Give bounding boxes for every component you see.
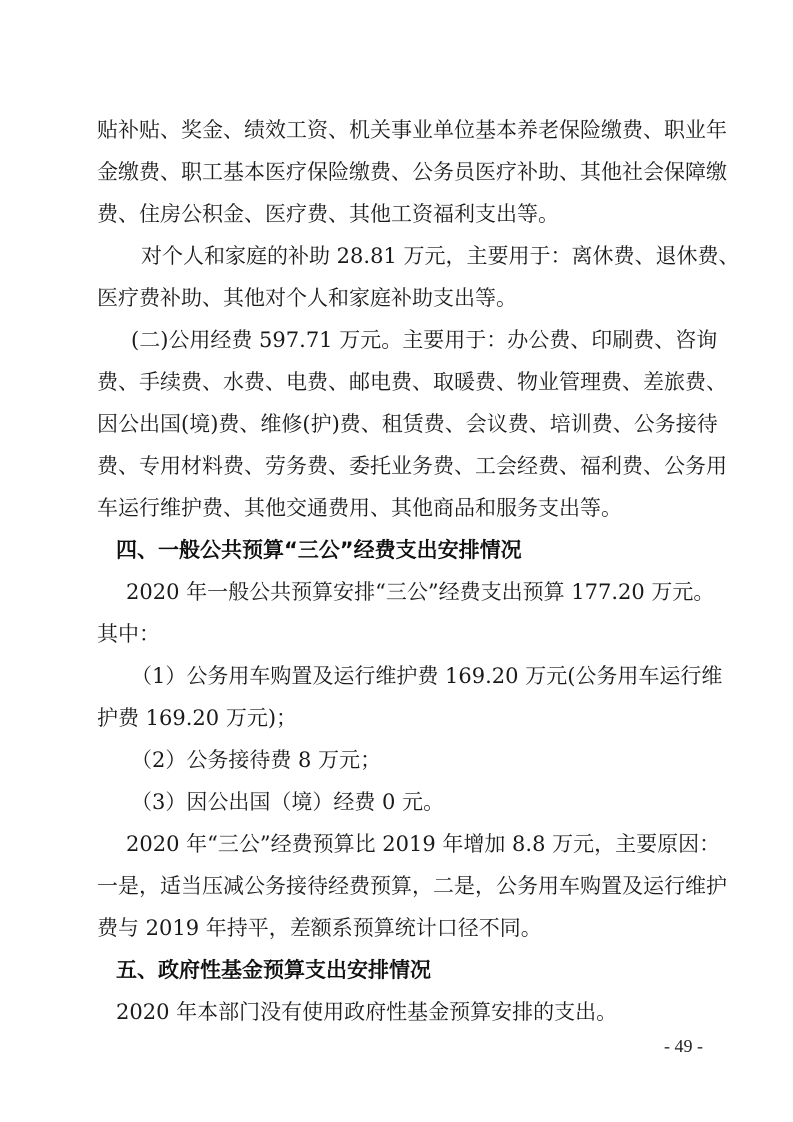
item-2: （2）公务接待费 8 万元； [131, 745, 707, 775]
section-heading-4: 四、一般公共预算“三公”经费支出安排情况 [116, 535, 522, 565]
paragraph-1-line-3: 费、住房公积金、医疗费、其他工资福利支出等。 [97, 199, 707, 229]
paragraph-5-line-3: 费与 2019 年持平，差额系预算统计口径不同。 [97, 913, 707, 943]
paragraph-1-line-2: 金缴费、职工基本医疗保险缴费、公务员医疗补助、其他社会保障缴 [97, 157, 707, 187]
paragraph-3-line-4: 费、专用材料费、劳务费、委托业务费、工会经费、福利费、公务用 [97, 451, 707, 481]
paragraph-3-line-5: 车运行维护费、其他交通费用、其他商品和服务支出等。 [97, 493, 707, 523]
section-heading-5: 五、政府性基金预算支出安排情况 [116, 955, 431, 985]
paragraph-4-line-2: 其中： [97, 619, 707, 649]
paragraph-6-line-1: 2020 年本部门没有使用政府性基金预算安排的支出。 [116, 997, 707, 1027]
page-number: - 49 - [664, 1034, 703, 1058]
paragraph-3-line-3: 因公出国(境)费、维修(护)费、租赁费、会议费、培训费、公务接待 [97, 409, 707, 439]
paragraph-5-line-1: 2020 年“三公”经费预算比 2019 年增加 8.8 万元，主要原因： [126, 829, 707, 859]
paragraph-5-line-2: 一是，适当压减公务接待经费预算，二是，公务用车购置及运行维护 [97, 871, 707, 901]
paragraph-2-line-2: 医疗费补助、其他对个人和家庭补助支出等。 [97, 283, 707, 313]
document-page: 贴补贴、奖金、绩效工资、机关事业单位基本养老保险缴费、职业年 金缴费、职工基本医… [0, 0, 793, 1122]
paragraph-2-line-1: 对个人和家庭的补助 28.81 万元，主要用于：离休费、退休费、 [141, 241, 707, 271]
item-1-line-1: （1）公务用车购置及运行维护费 169.20 万元(公务用车运行维 [131, 661, 707, 691]
item-3: （3）因公出国（境）经费 0 元。 [131, 787, 707, 817]
paragraph-3-line-2: 费、手续费、水费、电费、邮电费、取暖费、物业管理费、差旅费、 [97, 367, 707, 397]
paragraph-4-line-1: 2020 年一般公共预算安排“三公”经费支出预算 177.20 万元。 [126, 577, 707, 607]
paragraph-3-line-1: (二)公用经费 597.71 万元。主要用于：办公费、印刷费、咨询 [131, 325, 707, 355]
item-1-line-2: 护费 169.20 万元)； [97, 703, 707, 733]
paragraph-1-line-1: 贴补贴、奖金、绩效工资、机关事业单位基本养老保险缴费、职业年 [97, 115, 707, 145]
